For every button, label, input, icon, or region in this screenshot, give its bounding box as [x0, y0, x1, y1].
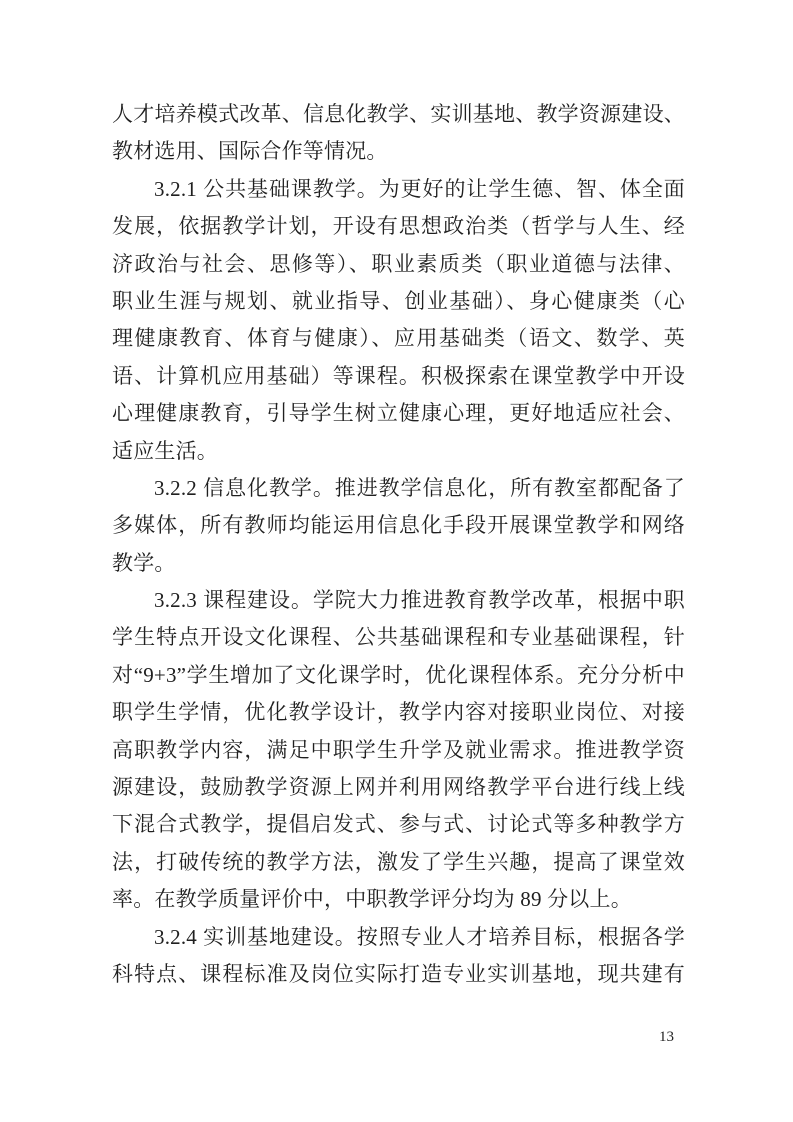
text-line: 科特点、课程标准及岗位实际打造专业实训基地，现共建有: [112, 956, 685, 993]
page-number: 13: [659, 1028, 674, 1046]
text-line: 3.2.3 课程建设。学院大力推进教育教学改革，根据中职: [112, 582, 685, 619]
text-line: 源建设，鼓励教学资源上网并利用网络教学平台进行线上线: [112, 769, 685, 806]
document-page: 人才培养模式改革、信息化教学、实训基地、教学资源建设、教材选用、国际合作等情况。…: [0, 0, 793, 1122]
text-line: 率。在教学质量评价中，中职教学评分均为 89 分以上。: [112, 881, 685, 918]
text-line: 学生特点开设文化课程、公共基础课程和专业基础课程，针: [112, 619, 685, 656]
text-line: 法，打破传统的教学方法，激发了学生兴趣，提高了课堂效: [112, 844, 685, 881]
paragraph: 人才培养模式改革、信息化教学、实训基地、教学资源建设、教材选用、国际合作等情况。: [112, 96, 685, 171]
text-line: 3.2.4 实训基地建设。按照专业人才培养目标，根据各学: [112, 919, 685, 956]
text-line: 教学。: [112, 545, 685, 582]
paragraph: 3.2.4 实训基地建设。按照专业人才培养目标，根据各学科特点、课程标准及岗位实…: [112, 919, 685, 994]
text-line: 职业生涯与规划、就业指导、创业基础）、身心健康类（心: [112, 283, 685, 320]
text-line: 职学生学情，优化教学设计，教学内容对接职业岗位、对接: [112, 694, 685, 731]
text-line: 多媒体，所有教师均能运用信息化手段开展课堂教学和网络: [112, 507, 685, 544]
paragraph: 3.2.2 信息化教学。推进教学信息化，所有教室都配备了多媒体，所有教师均能运用…: [112, 470, 685, 582]
text-line: 发展，依据教学计划，开设有思想政治类（哲学与人生、经: [112, 208, 685, 245]
text-line: 3.2.1 公共基础课教学。为更好的让学生德、智、体全面: [112, 171, 685, 208]
text-line: 教材选用、国际合作等情况。: [112, 133, 685, 170]
text-line: 理健康教育、体育与健康）、应用基础类（语文、数学、英: [112, 320, 685, 357]
document-body: 人才培养模式改革、信息化教学、实训基地、教学资源建设、教材选用、国际合作等情况。…: [112, 96, 685, 993]
text-line: 下混合式教学，提倡启发式、参与式、讨论式等多种教学方: [112, 806, 685, 843]
text-line: 语、计算机应用基础）等课程。积极探索在课堂教学中开设: [112, 358, 685, 395]
text-line: 对“9+3”学生增加了文化课学时，优化课程体系。充分分析中: [112, 657, 685, 694]
paragraph: 3.2.1 公共基础课教学。为更好的让学生德、智、体全面发展，依据教学计划，开设…: [112, 171, 685, 470]
text-line: 适应生活。: [112, 433, 685, 470]
text-line: 心理健康教育，引导学生树立健康心理，更好地适应社会、: [112, 395, 685, 432]
text-line: 高职教学内容，满足中职学生升学及就业需求。推进教学资: [112, 732, 685, 769]
paragraph: 3.2.3 课程建设。学院大力推进教育教学改革，根据中职学生特点开设文化课程、公…: [112, 582, 685, 919]
text-line: 人才培养模式改革、信息化教学、实训基地、教学资源建设、: [112, 96, 685, 133]
text-line: 3.2.2 信息化教学。推进教学信息化，所有教室都配备了: [112, 470, 685, 507]
text-line: 济政治与社会、思修等）、职业素质类（职业道德与法律、: [112, 246, 685, 283]
